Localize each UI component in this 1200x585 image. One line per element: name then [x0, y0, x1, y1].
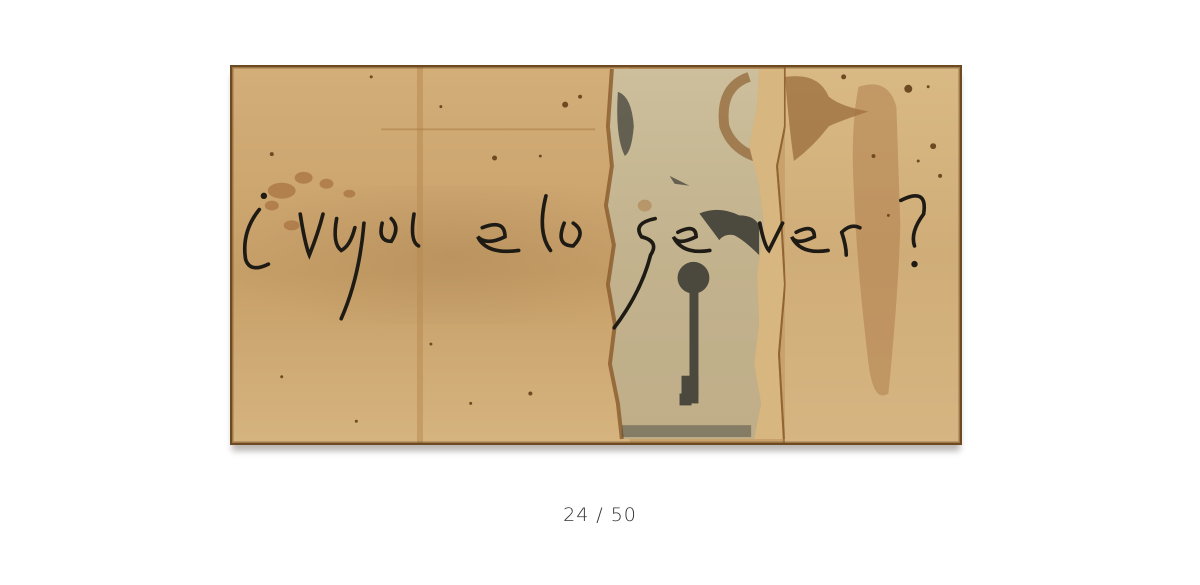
gallery-viewer: ¿ viejos en lo que ves? 24/50: [0, 0, 1200, 585]
handwritten-text-icon: ¿ viejos en lo que ves?: [232, 67, 960, 443]
artwork-image[interactable]: ¿ viejos en lo que ves?: [230, 65, 962, 445]
total-count: 50: [611, 504, 637, 526]
current-index: 24: [563, 504, 589, 526]
image-counter: 24/50: [0, 504, 1200, 526]
handwritten-text-content: ¿ viejos en lo que ves?: [232, 162, 258, 165]
counter-separator: /: [596, 504, 603, 526]
